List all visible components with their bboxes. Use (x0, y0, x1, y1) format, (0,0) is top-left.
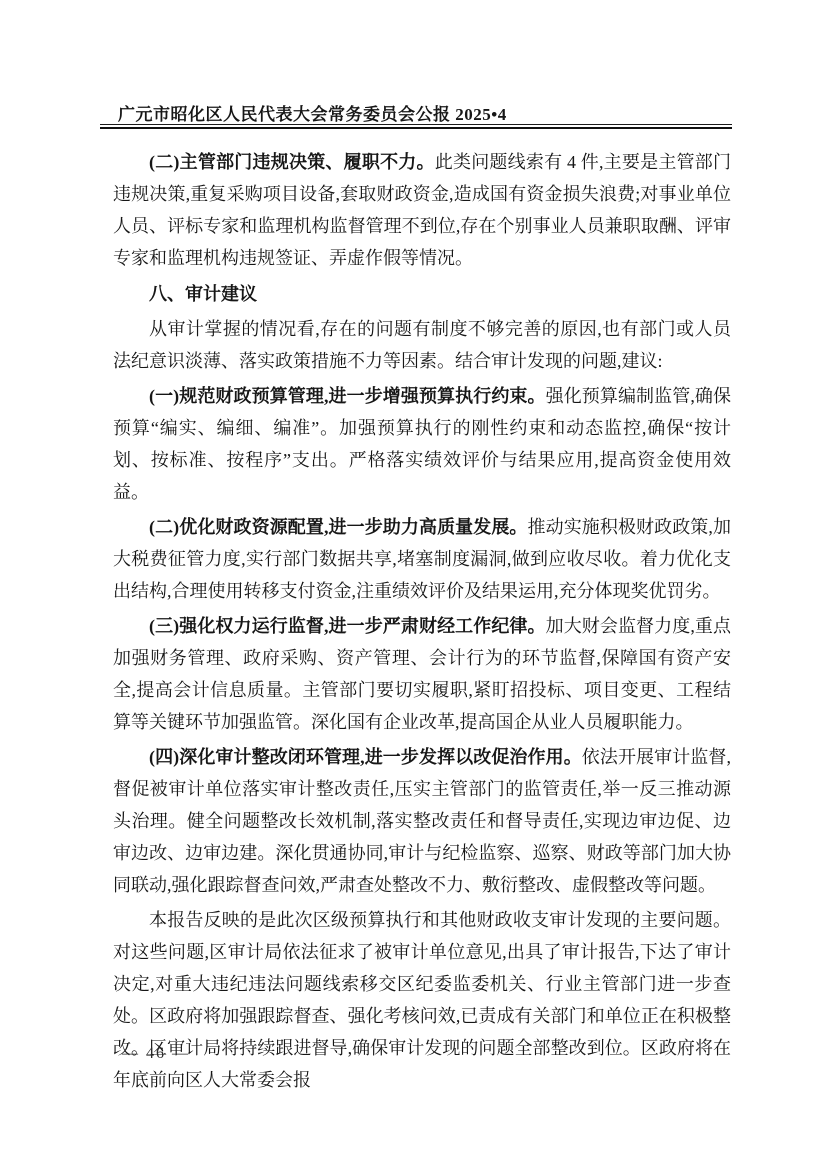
intro-paragraph-lead: (二)主管部门违规决策、履职不力。 (149, 152, 435, 172)
overview-paragraph: 从审计掌握的情况看,存在的问题有制度不够完善的原因,也有部门或人员法纪意识淡薄、… (113, 313, 731, 377)
suggestion-3-lead: (三)强化权力运行监督,进一步严肃财经工作纪律。 (149, 616, 546, 636)
suggestion-paragraph-3: (三)强化权力运行监督,进一步严肃财经工作纪律。加大财会监督力度,重点加强财务管… (113, 610, 731, 738)
suggestion-4-lead: (四)深化审计整改闭环管理,进一步发挥以改促治作用。 (149, 747, 582, 767)
suggestion-paragraph-4: (四)深化审计整改闭环管理,进一步发挥以改促治作用。依法开展审计监督,督促被审计… (113, 741, 731, 901)
intro-paragraph: (二)主管部门违规决策、履职不力。此类问题线索有 4 件,主要是主管部门违规决策… (113, 146, 731, 274)
suggestion-4-text: 依法开展审计监督,督促被审计单位落实审计整改责任,压实主管部门的监管责任,举一反… (113, 747, 731, 895)
suggestion-paragraph-1: (一)规范财政预算管理,进一步增强预算执行约束。强化预算编制监管,确保预算“编实… (113, 380, 731, 508)
document-page: 广元市昭化区人民代表大会常务委员会公报 2025•4 (二)主管部门违规决策、履… (0, 0, 827, 1170)
suggestion-2-lead: (二)优化财政资源配置,进一步助力高质量发展。 (149, 517, 528, 537)
suggestion-paragraph-2: (二)优化财政资源配置,进一步助力高质量发展。推动实施积极财政政策,加大税费征管… (113, 511, 731, 607)
header-rule (100, 124, 732, 129)
suggestion-1-lead: (一)规范财政预算管理,进一步增强预算执行约束。 (149, 386, 546, 406)
page-number: — 46 — (122, 1044, 190, 1064)
document-body: (二)主管部门违规决策、履职不力。此类问题线索有 4 件,主要是主管部门违规决策… (113, 146, 731, 1096)
section-heading: 八、审计建议 (113, 278, 731, 310)
bulletin-header-title: 广元市昭化区人民代表大会常务委员会公报 2025•4 (118, 100, 507, 125)
closing-paragraph: 本报告反映的是此次区级预算执行和其他财政收支审计发现的主要问题。对这些问题,区审… (113, 904, 731, 1096)
